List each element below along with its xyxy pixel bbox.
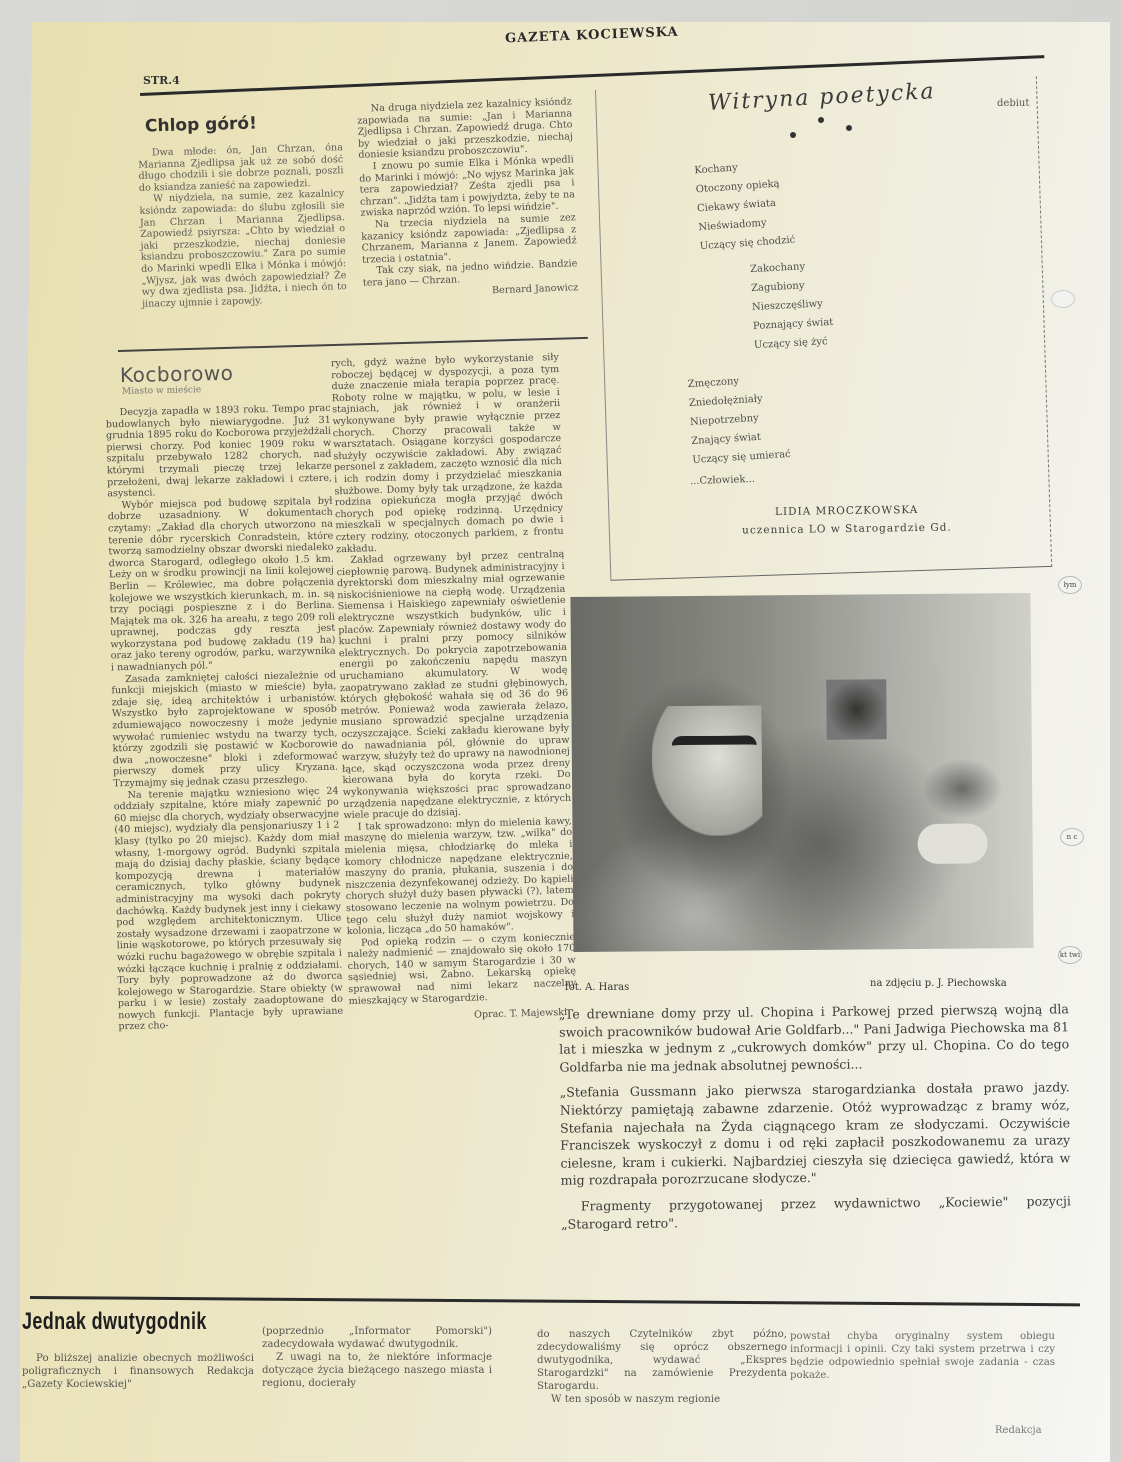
paragraph: Pod opieką rodzin — o czym koniecznie na… (347, 931, 577, 1007)
poem-stanza-1: Kochany Otoczony opieką Ciekawy świata N… (694, 155, 796, 256)
article-column-chlop-goro-1: Dwa młode: ón, Jan Chrzan, óna Marianna … (138, 142, 347, 310)
paragraph: W niydziela, na sumie, zez kazalnicy ksi… (139, 189, 347, 311)
paragraph: Po bliższej analizie obecnych możliwości… (22, 1352, 254, 1391)
poem-closing-line: ...Człowiek... (690, 474, 755, 487)
quote-paragraph: „Stefania Gussmann jako pierwsza staroga… (560, 1079, 1071, 1190)
quote-paragraph: „Te drewniane domy przy ul. Chopina i Pa… (559, 1000, 1070, 1076)
starogard-retro-excerpt: „Te drewniane domy przy ul. Chopina i Pa… (559, 1000, 1071, 1240)
announcement-column-3: do naszych Czytelników zbyt późno, zdecy… (537, 1328, 787, 1406)
paragraph: do naszych Czytelników zbyt późno, zdecy… (537, 1328, 787, 1393)
punch-hole (1051, 290, 1075, 308)
article-column-chlop-goro-2: Na druga niydziela zez kazalnicy ksióndz… (357, 96, 579, 300)
poem-author: LIDIA MROCZKOWSKA uczennica LO w Staroga… (742, 501, 952, 540)
photo-glasses (672, 735, 757, 775)
announcement-signature: Redakcja (995, 1425, 1042, 1436)
photo-credit: fot. A. Haras (565, 982, 629, 993)
paragraph: Zakład ogrzewany był przez centralną cie… (336, 549, 571, 822)
article-title-kocborowo: Kocborowo (120, 361, 234, 387)
paragraph: Zasada zamkniętej całości niezależnie od… (111, 669, 338, 790)
author-note: uczennica LO w Starogardzie Gd. (742, 519, 952, 540)
photo-wall-frame (826, 679, 887, 740)
announcement-column-4: powstał chyba oryginalny system obiegu i… (790, 1330, 1055, 1382)
paragraph: (poprzednio „Informator Pomorski") zadec… (262, 1325, 492, 1351)
paragraph: I znowu po sumie Elka i Mónka wpedli do … (359, 154, 576, 219)
paragraph: Z uwagi na to, że niektóre informacje do… (262, 1351, 492, 1390)
excerpt-source: Fragmenty przygotowanej przez wydawnictw… (561, 1192, 1071, 1233)
punch-hole: kt twi (1058, 946, 1082, 964)
paragraph: Wybór miejsca pod budowę szpitala był do… (107, 495, 336, 674)
poetry-tag: debiut (997, 98, 1029, 109)
paragraph: rych, gdyż ważne było wykorzystanie siły… (331, 352, 564, 555)
paragraph: Na druga niydziela zez kazalnicy ksióndz… (357, 96, 574, 161)
paragraph: I tak sprowadzono: młyn do mielenia kawy… (344, 816, 575, 938)
paragraph: Dwa młode: ón, Jan Chrzan, óna Marianna … (138, 142, 344, 194)
article-column-kocborowo-1: Decyzja zapadła w 1893 roku. Tempo prac … (105, 403, 343, 1034)
paragraph: W ten sposób w naszym regionie (537, 1393, 787, 1406)
article-subtitle: Miasto w mieście (122, 385, 201, 397)
article-title-jednak-dwutygodnik: Jednak dwutygodnik (22, 1308, 207, 1336)
paragraph: Na terenie majątku wzniesiono więc 24 od… (113, 785, 343, 1033)
page-number: STR.4 (143, 74, 180, 87)
paragraph: Na trzecia niydziela na sumie zez kazani… (361, 212, 577, 266)
poem-stanza-2: Zakochany Zagubiony Nieszczęśliwy Poznaj… (750, 256, 835, 355)
punch-hole: łym (1058, 576, 1082, 594)
punch-hole: n c (1060, 828, 1084, 846)
article-title-chlop-goro: Chlop góró! (145, 114, 257, 137)
ornament-dots-icon (790, 117, 860, 147)
poem-stanza-3: Zmęczony Zniedołężniały Niepotrzebny Zna… (687, 369, 791, 470)
announcement-column-2: (poprzednio „Informator Pomorski") zadec… (262, 1325, 492, 1390)
paragraph: Decyzja zapadła w 1893 roku. Tempo prac … (105, 403, 332, 500)
photo-caption: na zdjęciu p. J. Piechowska (870, 978, 1007, 989)
photo-hand (917, 823, 987, 864)
portrait-photo (570, 593, 1033, 952)
paragraph: powstał chyba oryginalny system obiegu i… (790, 1330, 1055, 1382)
announcement-column-1: Po bliższej analizie obecnych możliwości… (22, 1352, 254, 1391)
article-column-kocborowo-2: rych, gdyż ważne było wykorzystanie siły… (331, 352, 578, 1025)
